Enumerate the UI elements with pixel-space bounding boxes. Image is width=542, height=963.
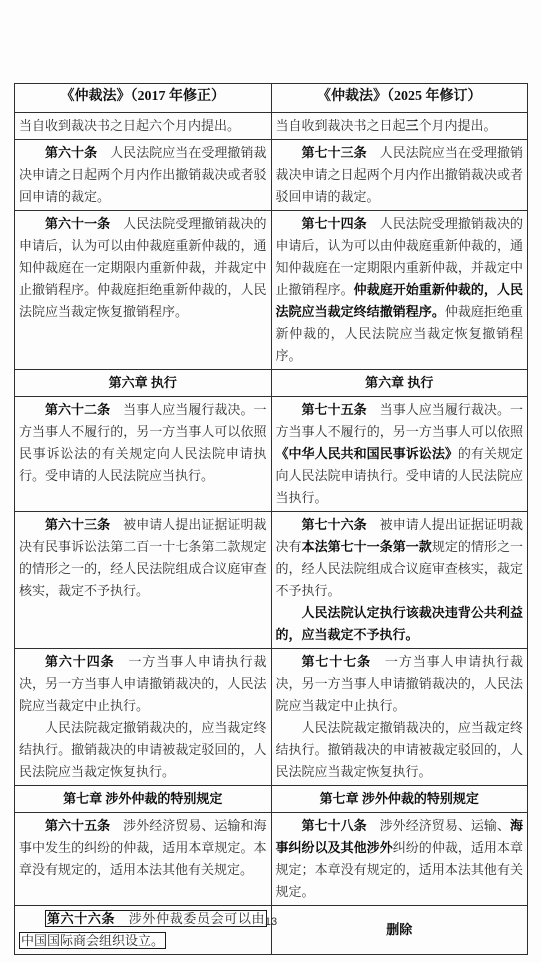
table-cell-right: 第七十八条 涉外经济贸易、运输、海事纠纷以及其他涉外纠纷的仲裁，适用本章规定；本…	[271, 813, 528, 906]
table-cell-left: 第六章 执行	[15, 370, 272, 397]
paragraph: 第七十三条 人民法院应当在受理撤销裁决申请之日起两个月内作出撤销裁决或者驳回申请…	[276, 142, 524, 208]
emphasized-text: 第七十三条	[302, 145, 367, 160]
paragraph: 第七章 涉外仲裁的特别规定	[276, 788, 524, 810]
paragraph: 第六十一条 人民法院受理撤销裁决的申请后，认为可以由仲裁庭重新仲裁的，通知仲裁庭…	[19, 213, 267, 323]
paragraph: 第七十八条 涉外经济贸易、运输、海事纠纷以及其他涉外纠纷的仲裁，适用本章规定；本…	[276, 815, 524, 903]
page-number: 13	[0, 916, 542, 928]
table-row: 第六十一条 人民法院受理撤销裁决的申请后，认为可以由仲裁庭重新仲裁的，通知仲裁庭…	[15, 211, 528, 370]
table-cell-right: 第七十四条 人民法院受理撤销裁决的申请后，认为可以由仲裁庭重新仲裁的，通知仲裁庭…	[271, 211, 528, 370]
table-cell-left: 第七章 涉外仲裁的特别规定	[15, 786, 272, 813]
table-row: 第六十五条 涉外经济贸易、运输和海事中发生的纠纷的仲裁，适用本章规定。本章没有规…	[15, 813, 528, 906]
table-cell-left: 第六十条 人民法院应当在受理撤销裁决申请之日起两个月内作出撤销裁决或者驳回申请的…	[15, 140, 272, 211]
table-cell-right: 删除	[271, 906, 528, 955]
table-cell-left: 第六十三条 被申请人提出证据证明裁决有民事诉讼法第二百一十七条第二款规定的情形之…	[15, 512, 272, 649]
paragraph: 人民法院认定执行该裁决违背公共利益的，应当裁定不予执行。	[276, 602, 524, 646]
emphasized-text: 第六十二条	[45, 402, 110, 417]
emphasized-text: 第六十条	[45, 145, 97, 160]
emphasized-text: 第六十三条	[45, 517, 110, 532]
emphasized-text: 《中华人民共和国民事诉讼法》	[276, 446, 458, 461]
paragraph: 第七十四条 人民法院受理撤销裁决的申请后，认为可以由仲裁庭重新仲裁的，通知仲裁庭…	[276, 213, 524, 367]
paragraph: 第六十条 人民法院应当在受理撤销裁决申请之日起两个月内作出撤销裁决或者驳回申请的…	[19, 142, 267, 208]
emphasized-text: 第七十六条	[302, 517, 367, 532]
table-row: 第六十条 人民法院应当在受理撤销裁决申请之日起两个月内作出撤销裁决或者驳回申请的…	[15, 140, 528, 211]
emphasized-text: 本法第七十一条第一款	[302, 539, 432, 554]
body-text: 当自收到裁决书之日起	[276, 118, 406, 133]
paragraph: 第七十六条 被申请人提出证据证明裁决有本法第七十一条第一款规定的情形之一的，经人…	[276, 514, 524, 602]
comparison-table: 《仲裁法》（2017 年修正） 《仲裁法》（2025 年修订） 当自收到裁决书之…	[14, 83, 528, 955]
table-cell-right: 第七十七条 一方当事人申请执行裁决，另一方当事人申请撤销裁决的，人民法院应当裁定…	[271, 649, 528, 786]
table-cell-left: 当自收到裁决书之日起六个月内提出。	[15, 113, 272, 140]
paragraph: 第七十七条 一方当事人申请执行裁决，另一方当事人申请撤销裁决的，人民法院应当裁定…	[276, 651, 524, 717]
paragraph: 第六十四条 一方当事人申请执行裁决，另一方当事人申请撤销裁决的，人民法院应当裁定…	[19, 651, 267, 717]
emphasized-text: 第六十四条	[45, 654, 115, 669]
table-row: 第六章 执行第六章 执行	[15, 370, 528, 397]
table-cell-left: 第六十六条 涉外仲裁委员会可以由中国国际商会组织设立。	[15, 906, 272, 955]
body-text: 人民法院裁定撤销裁决的，应当裁定终结执行。撤销裁决的申请被裁定驳回的，人民法院应…	[19, 720, 267, 779]
paragraph: 第六十六条 涉外仲裁委员会可以由中国国际商会组织设立。	[19, 908, 267, 952]
document-page: 《仲裁法》（2017 年修正） 《仲裁法》（2025 年修订） 当自收到裁决书之…	[0, 0, 542, 963]
table-cell-left: 第六十一条 人民法院受理撤销裁决的申请后，认为可以由仲裁庭重新仲裁的，通知仲裁庭…	[15, 211, 272, 370]
column-header-2017: 《仲裁法》（2017 年修正）	[15, 84, 272, 113]
table-cell-right: 第七十三条 人民法院应当在受理撤销裁决申请之日起两个月内作出撤销裁决或者驳回申请…	[271, 140, 528, 211]
emphasized-text: 第七十四条	[302, 216, 367, 231]
emphasized-text: 第七章 涉外仲裁的特别规定	[63, 791, 222, 806]
body-text: 人民法院受理撤销裁决的申请后，认为可以由仲裁庭重新仲裁的，通知仲裁庭在一定期限内…	[19, 216, 267, 319]
column-header-2025: 《仲裁法》（2025 年修订）	[271, 84, 528, 113]
emphasized-text: 第六章 执行	[109, 375, 177, 390]
body-text: 当自收到裁决书之日起六个月内提出。	[19, 118, 240, 133]
emphasized-text: 第七十五条	[302, 402, 367, 417]
paragraph: 第六十五条 涉外经济贸易、运输和海事中发生的纠纷的仲裁，适用本章规定。本章没有规…	[19, 815, 267, 881]
table-row: 第六十四条 一方当事人申请执行裁决，另一方当事人申请撤销裁决的，人民法院应当裁定…	[15, 649, 528, 786]
paragraph: 当自收到裁决书之日起三个月内提出。	[276, 115, 524, 137]
table-row: 第六十三条 被申请人提出证据证明裁决有民事诉讼法第二百一十七条第二款规定的情形之…	[15, 512, 528, 649]
table-cell-right: 当自收到裁决书之日起三个月内提出。	[271, 113, 528, 140]
table-cell-right: 第七十五条 当事人应当履行裁决。一方当事人不履行的，另一方当事人可以依照《中华人…	[271, 397, 528, 512]
paragraph: 当自收到裁决书之日起六个月内提出。	[19, 115, 267, 137]
emphasized-text: 第六章 执行	[365, 375, 433, 390]
table-cell-left: 第六十二条 当事人应当履行裁决。一方当事人不履行的，另一方当事人可以依照民事诉讼…	[15, 397, 272, 512]
table-cell-left: 第六十四条 一方当事人申请执行裁决，另一方当事人申请撤销裁决的，人民法院应当裁定…	[15, 649, 272, 786]
paragraph: 人民法院裁定撤销裁决的，应当裁定终结执行。撤销裁决的申请被裁定驳回的，人民法院应…	[276, 717, 524, 783]
comparison-table-head: 《仲裁法》（2017 年修正） 《仲裁法》（2025 年修订）	[15, 84, 528, 113]
table-row: 第七章 涉外仲裁的特别规定第七章 涉外仲裁的特别规定	[15, 786, 528, 813]
body-text: 涉外经济贸易、运输、	[367, 818, 510, 833]
paragraph: 第六章 执行	[276, 372, 524, 394]
paragraph: 第七十五条 当事人应当履行裁决。一方当事人不履行的，另一方当事人可以依照《中华人…	[276, 399, 524, 509]
emphasized-text: 第六十一条	[45, 216, 110, 231]
table-cell-right: 第六章 执行	[271, 370, 528, 397]
emphasized-text: 第七章 涉外仲裁的特别规定	[320, 791, 479, 806]
body-text: 个月内提出。	[419, 118, 497, 133]
table-cell-right: 第七章 涉外仲裁的特别规定	[271, 786, 528, 813]
header-row: 《仲裁法》（2017 年修正） 《仲裁法》（2025 年修订）	[15, 84, 528, 113]
paragraph: 第六十二条 当事人应当履行裁决。一方当事人不履行的，另一方当事人可以依照民事诉讼…	[19, 399, 267, 487]
table-row: 第六十六条 涉外仲裁委员会可以由中国国际商会组织设立。删除	[15, 906, 528, 955]
emphasized-text: 人民法院认定执行该裁决违背公共利益的，应当裁定不予执行。	[276, 605, 524, 642]
table-row: 当自收到裁决书之日起六个月内提出。当自收到裁决书之日起三个月内提出。	[15, 113, 528, 140]
comparison-table-body: 当自收到裁决书之日起六个月内提出。当自收到裁决书之日起三个月内提出。第六十条 人…	[15, 113, 528, 955]
emphasized-text: 三	[406, 118, 419, 133]
table-row: 第六十二条 当事人应当履行裁决。一方当事人不履行的，另一方当事人可以依照民事诉讼…	[15, 397, 528, 512]
emphasized-text: 第七十七条	[302, 654, 372, 669]
emphasized-text: 第七十八条	[302, 818, 367, 833]
body-text: 人民法院裁定撤销裁决的，应当裁定终结执行。撤销裁决的申请被裁定驳回的，人民法院应…	[276, 720, 524, 779]
table-cell-left: 第六十五条 涉外经济贸易、运输和海事中发生的纠纷的仲裁，适用本章规定。本章没有规…	[15, 813, 272, 906]
paragraph: 第六十三条 被申请人提出证据证明裁决有民事诉讼法第二百一十七条第二款规定的情形之…	[19, 514, 267, 602]
paragraph: 第六章 执行	[19, 372, 267, 394]
emphasized-text: 第六十五条	[45, 818, 110, 833]
paragraph: 第七章 涉外仲裁的特别规定	[19, 788, 267, 810]
table-cell-right: 第七十六条 被申请人提出证据证明裁决有本法第七十一条第一款规定的情形之一的，经人…	[271, 512, 528, 649]
paragraph: 人民法院裁定撤销裁决的，应当裁定终结执行。撤销裁决的申请被裁定驳回的，人民法院应…	[19, 717, 267, 783]
